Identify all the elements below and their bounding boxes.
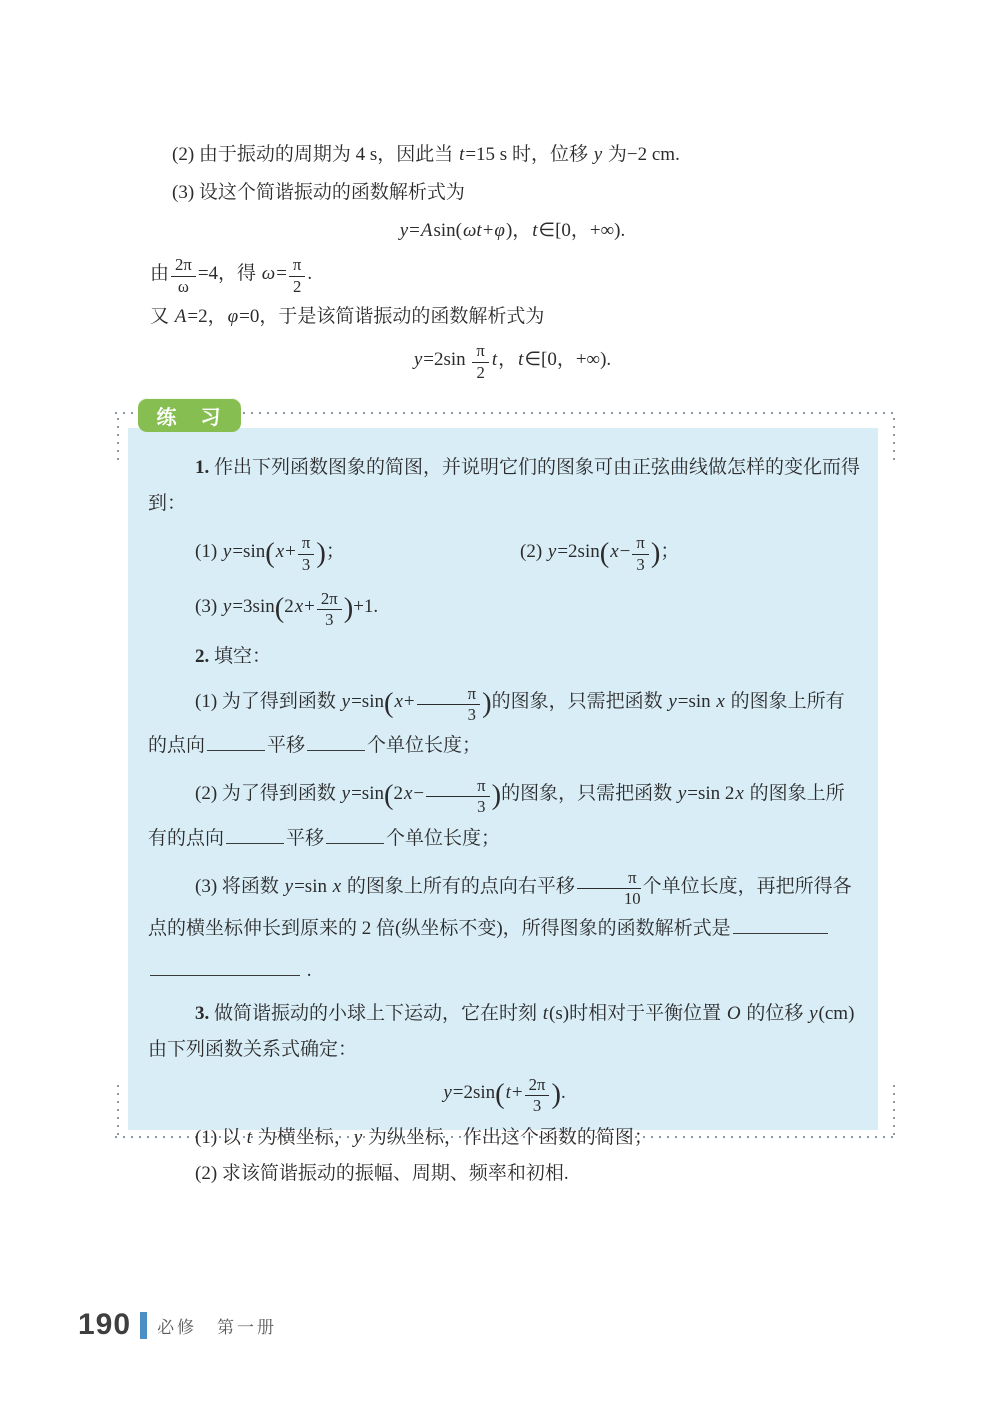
solution-line-setup: (3) 设这个简谐振动的函数解析式为	[150, 174, 874, 212]
footer-divider-bar	[140, 1312, 147, 1339]
question-2-item-2: (2) 为了得到函数 y=sin(2x−π3)的图象，只需把函数 y=sin 2…	[148, 773, 860, 859]
solution-formula-general: y=Asin(ωt+φ)，t∈[0，+∞).	[150, 212, 874, 250]
question-1-item-1: (1) y=sin(x+π3)；	[195, 529, 520, 577]
solution-section: (2) 由于振动的周期为 4 s，因此当 t=15 s 时，位移 y 为−2 c…	[150, 136, 874, 384]
question-1-row-2: (3) y=3sin(2x+2π3)+1.	[148, 584, 860, 632]
solution-line-a-phi: 又 A=2，φ=0，于是该简谐振动的函数解析式为	[150, 298, 874, 336]
question-3-formula: y=2sin(t+2π3).	[148, 1068, 860, 1120]
practice-section-label: 练 习	[138, 398, 241, 432]
dotted-border-left-top	[117, 418, 119, 464]
dotted-border-right-top	[893, 418, 895, 464]
question-1-item-2: (2) y=2sin(x−π3)；	[520, 529, 679, 577]
question-3-item-1: (1) 以 t 为横坐标，y 为纵坐标，作出这个函数的简图；	[148, 1120, 860, 1156]
dotted-border-left-bottom	[117, 1085, 119, 1136]
question-1-row-1: (1) y=sin(x+π3)； (2) y=2sin(x−π3)；	[148, 529, 860, 577]
question-3-item-2: (2) 求该简谐振动的振幅、周期、频率和初相.	[148, 1156, 860, 1192]
solution-line-period: (2) 由于振动的周期为 4 s，因此当 t=15 s 时，位移 y 为−2 c…	[150, 136, 874, 174]
question-2-item-1: (1) 为了得到函数 y=sin(x+π3)的图象，只需把函数 y=sin x …	[148, 681, 860, 767]
solution-formula-result: y=2sin π2t，t∈[0，+∞).	[150, 336, 874, 384]
book-title: 必修 第一册	[157, 1313, 277, 1338]
question-1-text: 1. 作出下列函数图象的简图，并说明它们的图象可由正弦曲线做怎样的变化而得到：	[148, 450, 860, 522]
page-footer: 190 必修 第一册	[78, 1305, 277, 1345]
textbook-page: (2) 由于振动的周期为 4 s，因此当 t=15 s 时，位移 y 为−2 c…	[0, 0, 1000, 1422]
question-3-text: 3. 做简谐振动的小球上下运动，它在时刻 t(s)时相对于平衡位置 O 的位移 …	[148, 996, 860, 1068]
solution-line-omega: 由2πω=4，得 ω=π2.	[150, 250, 874, 298]
practice-box: 1. 作出下列函数图象的简图，并说明它们的图象可由正弦曲线做怎样的变化而得到： …	[128, 428, 878, 1130]
question-2-text: 2. 填空：	[148, 639, 860, 675]
question-2-item-3: (3) 将函数 y=sin x 的图象上所有的点向右平移π10个单位长度，再把所…	[148, 866, 860, 993]
question-1-item-3: (3) y=3sin(2x+2π3)+1.	[195, 584, 378, 632]
page-number: 190	[78, 1308, 131, 1342]
dotted-border-right-bottom	[893, 1085, 895, 1136]
